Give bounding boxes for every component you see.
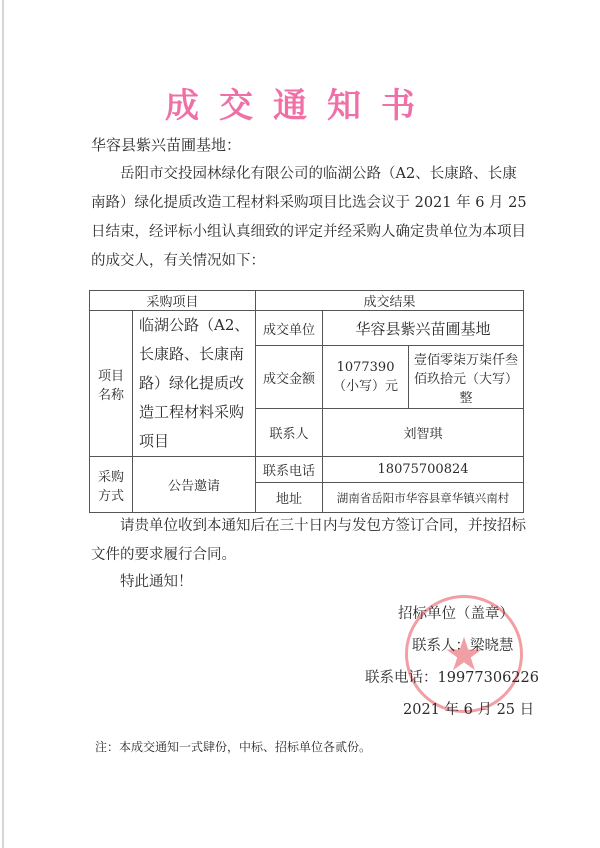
project-name-label: 项目名称: [90, 311, 133, 457]
signature-date: 2021 年 6 月 25 日: [403, 698, 534, 719]
closing-line: 特此通知！: [120, 570, 193, 591]
instruction-paragraph: 请贵单位收到本通知后在三十日内与发包方签订合同，并按招标文件的要求履行合同。: [91, 512, 531, 570]
page-edge: [2, 0, 4, 848]
address-label: 地址: [256, 483, 323, 513]
contact-value: 刘智琪: [323, 408, 524, 456]
winner-label: 成交单位: [256, 311, 323, 346]
result-table: 采购项目 成交结果 项目名称 临湖公路（A2、长康路、长康南路）绿化提质改造工程…: [89, 290, 524, 513]
contact-label: 联系人: [256, 408, 323, 456]
amount-label: 成交金额: [256, 346, 323, 408]
intro-paragraph: 岳阳市交投园林绿化有限公司的临湖公路（A2、长康路、长康南路）绿化提质改造工程材…: [91, 160, 531, 276]
project-name-value: 临湖公路（A2、长康路、长康南路）绿化提质改造工程材料采购项目: [133, 311, 256, 457]
issuer-line: 招标单位（盖章）: [398, 602, 514, 623]
header-result: 成交结果: [256, 291, 524, 311]
footnote: 注：本成交通知一式肆份，中标、招标单位各贰份。: [95, 738, 371, 755]
amount-words: 壹佰零柒万柒仟叁佰玖拾元（大写）整: [409, 346, 524, 408]
winner-value: 华容县紫兴苗圃基地: [323, 311, 524, 346]
addressee: 华容县紫兴苗圃基地：: [91, 134, 241, 155]
amount-numeric: 1077390（小写）元: [323, 346, 409, 408]
procurement-method-label: 采购方式: [90, 457, 133, 513]
signature-phone: 联系电话：19977306226: [365, 666, 539, 687]
address-value: 湖南省岳阳市华容县章华镇兴南村: [323, 483, 524, 513]
header-procurement-item: 采购项目: [90, 291, 256, 311]
document-title: 成交通知书: [0, 78, 600, 127]
phone-value: 18075700824: [323, 457, 524, 483]
signature-contact: 联系人：梁晓慧: [412, 634, 514, 655]
procurement-method-value: 公告邀请: [133, 457, 256, 513]
phone-label: 联系电话: [256, 457, 323, 483]
